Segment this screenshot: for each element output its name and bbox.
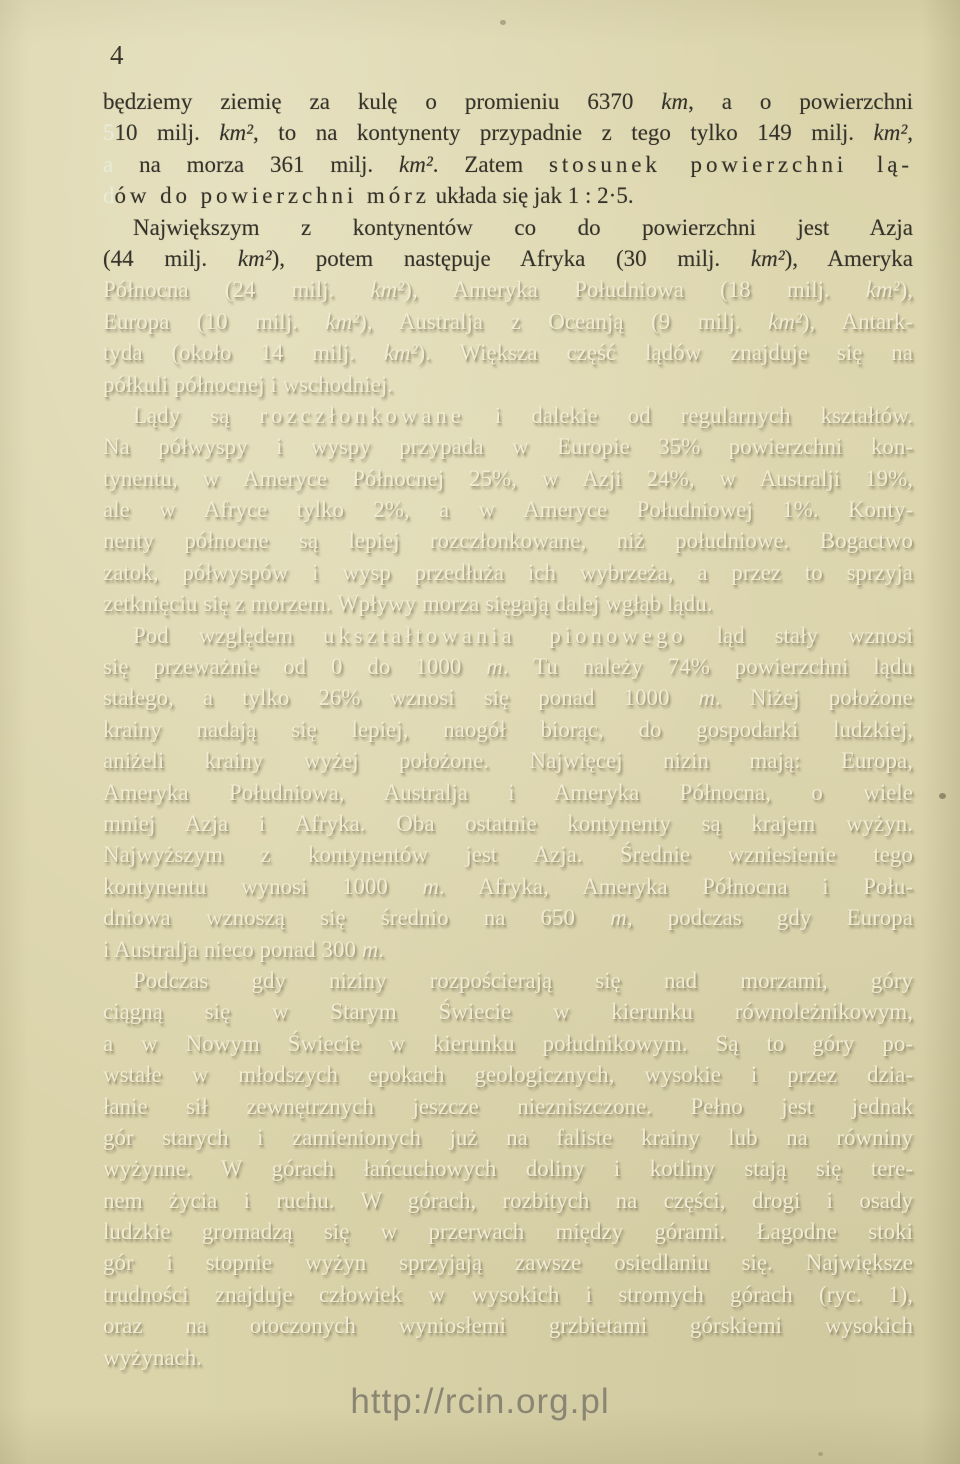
text-segment: Najwyższym z kontynentów jest Azja. Śred… [103,842,913,867]
text-line: Lądy są rozczłonkowane i dalekie od regu… [103,400,913,431]
text-line: aniżeli krainy wyżej położone. Najwięcej… [103,745,913,776]
text-line: ciągną się w Starym Świecie w kierunku r… [103,996,913,1027]
text-segment: , podczas gdy Europa [627,905,913,930]
letterspaced-text-segment: ukształtowania pionowego [323,623,687,648]
text-line: dów do powierzchni mórz układa się jak 1… [103,180,913,211]
text-line: łanie sił zewnętrznych jeszcze niezniszc… [103,1091,913,1122]
text-line: ale w Afryce tylko 2%, a w Ameryce Połud… [103,494,913,525]
text-segment: Północna (24 milj. [103,277,370,302]
text-line: Najwyższym z kontynentów jest Azja. Śred… [103,839,913,870]
text-segment: . Afryka, Ameryka Północna i Połu- [439,874,913,899]
paper-speck [818,1452,823,1456]
text-segment: a [103,152,113,177]
text-line: Ameryka Południowa, Australja i Ameryka … [103,777,913,808]
text-line: dniowa wznoszą się średnio na 650 m, pod… [103,902,913,933]
text-block: będziemy ziemię za kulę o promieniu 6370… [103,86,913,1373]
italic-text-segment: km² [874,120,908,145]
text-line: wstałe w młodszych epokach geologicznych… [103,1059,913,1090]
paragraph: Lądy są rozczłonkowane i dalekie od regu… [103,400,913,620]
text-segment: Europa (10 milj. [103,309,325,334]
text-line: trudności znajduje człowiek w wysokich i… [103,1279,913,1310]
text-segment: . Niżej położone [715,685,913,710]
text-segment: . [378,937,384,962]
text-line: Pod względem ukształtowania pionowego lą… [103,620,913,651]
text-line: stałego, a tylko 26% wznosi się ponad 10… [103,682,913,713]
text-segment: d [103,183,115,208]
italic-text-segment: km [661,89,688,114]
text-line: gór starych i zamienionych już na falist… [103,1122,913,1153]
text-segment: wyżynach. [103,1345,202,1370]
text-segment: będziemy ziemię za kulę o promieniu 6370 [103,89,661,114]
text-segment: , to na kontynenty przypadnie z tego tyl… [253,120,873,145]
text-segment: , a o powierzchni [688,89,913,114]
text-segment: 5 [103,120,115,145]
text-segment: półkuli północnej i wschodniej. [103,372,393,397]
text-segment: trudności znajduje człowiek w wysokich i… [103,1282,913,1307]
text-line: mniej Azja i Afryka. Oba ostatnie kontyn… [103,808,913,839]
text-line: tynentu, w Ameryce Północnej 25%, w Azji… [103,463,913,494]
text-segment: kontynentu wynosi 1000 [103,874,422,899]
text-segment: Podczas gdy niziny rozpościerają się nad… [133,968,913,993]
paragraph: będziemy ziemię za kulę o promieniu 6370… [103,86,913,212]
paragraph: Pod względem ukształtowania pionowego lą… [103,620,913,965]
paper-speck [500,20,506,25]
text-segment: stałego, a tylko 26% wznosi się ponad 10… [103,685,699,710]
text-segment: Na półwyspy i wyspy przypada w Europie 3… [103,434,913,459]
text-line: zetknięciu się z morzem. Wpływy morza si… [103,588,913,619]
text-segment: gór i stopnie wyżyn sprzyjają zawsze osi… [103,1250,913,1275]
text-line: się przeważnie od 0 do 1000 m. Tu należy… [103,651,913,682]
watermark-url: http://rcin.org.pl [0,1382,960,1422]
text-segment: Największym z kontynentów co do powierzc… [133,215,913,240]
letterspaced-text-segment: stosunek powierzchni lą- [549,152,913,177]
text-segment: dniowa wznoszą się średnio na 650 [103,905,610,930]
text-line: 510 milj. km², to na kontynenty przypadn… [103,117,913,148]
text-line: a w Nowym Świecie w kierunku południkowy… [103,1028,913,1059]
text-line: ludzkie gromadzą się w przerwach między … [103,1216,913,1247]
italic-text-segment: m [362,937,379,962]
text-segment: gór starych i zamienionych już na falist… [103,1125,913,1150]
text-segment: układa się jak 1 : 2·5. [430,183,634,208]
text-segment: wstałe w młodszych epokach geologicznych… [103,1062,913,1087]
text-line: krainy nadają się lepiej, naogół biorąc,… [103,714,913,745]
text-line: kontynentu wynosi 1000 m. Afryka, Ameryk… [103,871,913,902]
text-line: (44 milj. km²), potem następuje Afryka (… [103,243,913,274]
text-line: tyda (około 14 milj. km²). Większa część… [103,337,913,368]
italic-text-segment: km² [325,309,359,334]
text-segment: oraz na otoczonych wyniosłemi grzbietami… [103,1313,913,1338]
text-segment: ), Australja z Oceanją (9 milj. [359,309,768,334]
text-segment: i dalekie od regularnych kształtów. [465,403,913,428]
italic-text-segment: m [422,874,439,899]
italic-text-segment: km² [768,309,802,334]
paragraph: Podczas gdy niziny rozpościerają się nad… [103,965,913,1373]
text-segment: a w Nowym Świecie w kierunku południkowy… [103,1031,913,1056]
italic-text-segment: km² [238,246,272,271]
italic-text-segment: m [699,685,716,710]
text-line: wyżynne. W górach łańcuchowych doliny i … [103,1153,913,1184]
text-segment: i Australja nieco ponad 300 [103,937,362,962]
text-segment: ), potem następuje Afryka (30 milj. [272,246,751,271]
text-line: Największym z kontynentów co do powierzc… [103,212,913,243]
text-segment: wyżynne. W górach łańcuchowych doliny i … [103,1156,913,1181]
text-segment: tyda (około 14 milj. [103,340,384,365]
text-segment: ciągną się w Starym Świecie w kierunku r… [103,999,913,1024]
text-segment: ). Większa część lądów znajduje się na [418,340,913,365]
text-segment: ), Ameryka [785,246,913,271]
text-line: i Australja nieco ponad 300 m. [103,934,913,965]
text-line: gór i stopnie wyżyn sprzyjają zawsze osi… [103,1247,913,1278]
italic-text-segment: km² [399,152,433,177]
text-line: Na półwyspy i wyspy przypada w Europie 3… [103,431,913,462]
letterspaced-text-segment: rozczłonkowane [259,403,464,428]
italic-text-segment: km² [219,120,253,145]
text-line: oraz na otoczonych wyniosłemi grzbietami… [103,1310,913,1341]
text-segment: ludzkie gromadzą się w przerwach między … [103,1219,913,1244]
italic-text-segment: km² [751,246,785,271]
text-segment: 10 milj. [115,120,220,145]
text-segment: . Zatem [433,152,549,177]
text-line: nem życia i ruchu. W górach, rozbitych n… [103,1185,913,1216]
text-line: wyżynach. [103,1342,913,1373]
text-segment: się przeważnie od 0 do 1000 [103,654,486,679]
text-line: nenty północne są lepiej rozczłonkowane,… [103,525,913,556]
paragraph: Największym z kontynentów co do powierzc… [103,212,913,400]
text-segment: ), [900,277,913,302]
italic-text-segment: km² [370,277,404,302]
scanned-book-page: 4 będziemy ziemię za kulę o promieniu 63… [0,0,960,1464]
italic-text-segment: m [610,905,627,930]
text-line: zatok, półwyspów i wysp przedłuża ich wy… [103,557,913,588]
text-segment: krainy nadają się lepiej, naogół biorąc,… [103,717,913,742]
text-segment: ), Ameryka Południowa (18 milj. [404,277,866,302]
text-segment: . Tu należy 74% powierzchni lądu [503,654,913,679]
text-segment: nem życia i ruchu. W górach, rozbitych n… [103,1188,913,1213]
text-segment: mniej Azja i Afryka. Oba ostatnie kontyn… [103,811,913,836]
italic-text-segment: m [486,654,503,679]
text-segment: (44 milj. [103,246,238,271]
text-segment: Ameryka Południowa, Australja i Ameryka … [103,780,913,805]
text-line: półkuli północnej i wschodniej. [103,369,913,400]
text-segment: na morza 361 milj. [113,152,399,177]
italic-text-segment: km² [384,340,418,365]
text-line: Europa (10 milj. km²), Australja z Ocean… [103,306,913,337]
text-segment: Pod względem [133,623,323,648]
text-segment: zetknięciu się z morzem. Wpływy morza si… [103,591,713,616]
text-line: a na morza 361 milj. km². Zatem stosunek… [103,149,913,180]
text-segment: , [907,120,913,145]
text-segment: łanie sił zewnętrznych jeszcze niezniszc… [103,1094,913,1119]
text-segment: nenty północne są lepiej rozczłonkowane,… [103,528,913,553]
text-segment: ale w Afryce tylko 2%, a w Ameryce Połud… [103,497,913,522]
text-segment: ), Antark- [802,309,913,334]
letterspaced-text-segment: ów do powierzchni mórz [115,183,430,208]
text-segment: ląd stały wznosi [687,623,913,648]
text-line: będziemy ziemię za kulę o promieniu 6370… [103,86,913,117]
text-segment: aniżeli krainy wyżej położone. Najwięcej… [103,748,913,773]
text-line: Północna (24 milj. km²), Ameryka Południ… [103,274,913,305]
paper-speck [939,793,946,799]
italic-text-segment: km² [866,277,900,302]
text-segment: zatok, półwyspów i wysp przedłuża ich wy… [103,560,913,585]
text-line: Podczas gdy niziny rozpościerają się nad… [103,965,913,996]
page-number: 4 [110,40,125,71]
text-segment: Lądy są [133,403,259,428]
text-segment: tynentu, w Ameryce Północnej 25%, w Azji… [103,466,913,491]
